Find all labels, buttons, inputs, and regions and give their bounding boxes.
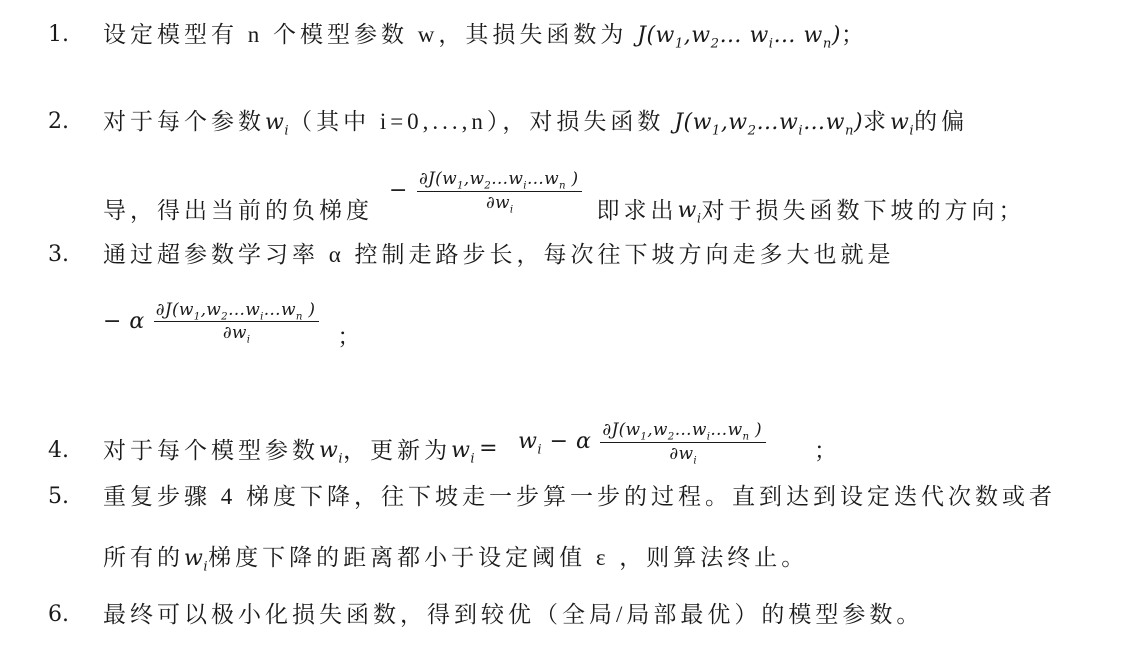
semicolon: ； [337,322,364,352]
w-i-inline: wi [677,196,701,226]
fraction-denominator: ∂wi [486,192,514,213]
equals-sign: = [479,434,498,466]
step-2-number: 2. [48,107,69,137]
negative-gradient-expression: − ∂J(w1,w2…wi…wn ) ∂wi [389,169,582,213]
step-4-text-b: ，更新为 [343,436,451,466]
step-3-text: 通过超参数学习率 α 控制走路步长，每次往下坡方向走多大也就是 [103,242,895,267]
step-1-line: 设定模型有 n 个模型参数 w，其损失函数为 J(w1,w2… wi… wn)； [103,20,868,53]
fraction-denominator: ∂wi [669,443,697,464]
step-6-line: 最终可以极小化损失函数，得到较优（全局/局部最优）的模型参数。 [103,600,923,633]
w-i-inline: wi [265,110,289,135]
step-5-number: 5. [48,482,69,512]
step-1-punct: ； [841,22,868,47]
step-2-text-b: （其中 i=0,...,n），对损失函数 [289,109,674,134]
w-i-inline: wi [890,110,914,135]
learning-rate-coefficient: − α [103,307,145,337]
step-2-text-c: 求 [863,109,890,134]
step-3-formula-line: − α ∂J(w1,w2…wi…wn ) ∂wi ； [103,300,364,352]
step-2-text-f: 即求出 [596,196,677,226]
step-5-line-2: 所有的wi梯度下降的距离都小于设定阈值 ε ，则算法终止。 [103,543,808,576]
w-i-inline: wi [319,436,343,466]
step-2-text-d: 的偏 [914,109,968,134]
step-4-number: 4. [48,436,69,466]
step-6-number: 6. [48,600,69,630]
step-2-line-1: 对于每个参数wi（其中 i=0,...,n），对损失函数 J(w1,w2…wi…… [103,107,968,140]
semicolon: ； [814,436,841,466]
gradient-fraction: ∂J(w1,w2…wi…wn ) ∂wi [154,300,320,344]
minus-sign: − [389,176,408,206]
step-2-text-g: 对于损失函数下坡的方向； [702,196,1026,226]
step-5-text-c: 梯度下降的距离都小于设定阈值 ε ，则算法终止。 [208,545,808,570]
step-size-expression: − α ∂J(w1,w2…wi…wn ) ∂wi [103,300,319,344]
w-i-inline: wi [184,546,208,571]
gradient-fraction: ∂J(w1,w2…wi…wn ) ∂wi [600,420,766,464]
step-3-line-1: 通过超参数学习率 α 控制走路步长，每次往下坡方向走多大也就是 [103,240,895,273]
document-page: 1. 设定模型有 n 个模型参数 w，其损失函数为 J(w1,w2… wi… w… [0,0,1140,659]
loss-function-formula: J(w1,w2…wi…wn) [674,110,863,135]
gradient-fraction: ∂J(w1,w2…wi…wn ) ∂wi [417,169,583,213]
step-2-text-e: 导，得出当前的负梯度 [103,196,373,226]
update-rhs-lead: wi − α [518,427,591,457]
step-4-text-a: 对于每个模型参数 [103,436,319,466]
step-2-line-2: 导，得出当前的负梯度 − ∂J(w1,w2…wi…wn ) ∂wi 即求出 wi… [103,150,1026,226]
fraction-denominator: ∂wi [223,322,251,343]
step-1-text: 设定模型有 n 个模型参数 w，其损失函数为 [103,22,637,47]
loss-function-formula: J(w1,w2… wi… wn) [637,23,841,48]
step-4-line: 对于每个模型参数 wi ，更新为 wi = wi − α ∂J(w1,w2…wi… [103,408,841,466]
step-6-text: 最终可以极小化损失函数，得到较优（全局/局部最优）的模型参数。 [103,602,923,627]
w-i-inline: wi [451,436,475,466]
step-5-text-b: 所有的 [103,545,184,570]
step-2-text-a: 对于每个参数 [103,109,265,134]
step-5-text-a: 重复步骤 4 梯度下降，往下坡走一步算一步的过程。直到达到设定迭代次数或者 [103,484,1056,509]
step-5-line-1: 重复步骤 4 梯度下降，往下坡走一步算一步的过程。直到达到设定迭代次数或者 [103,482,1056,515]
fraction-numerator: ∂J(w1,w2…wi…wn ) [417,169,583,191]
fraction-numerator: ∂J(w1,w2…wi…wn ) [154,300,320,322]
step-3-number: 3. [48,240,69,270]
update-rule-expression: wi − α ∂J(w1,w2…wi…wn ) ∂wi [518,420,766,464]
fraction-numerator: ∂J(w1,w2…wi…wn ) [600,420,766,442]
step-1-number: 1. [48,20,69,50]
